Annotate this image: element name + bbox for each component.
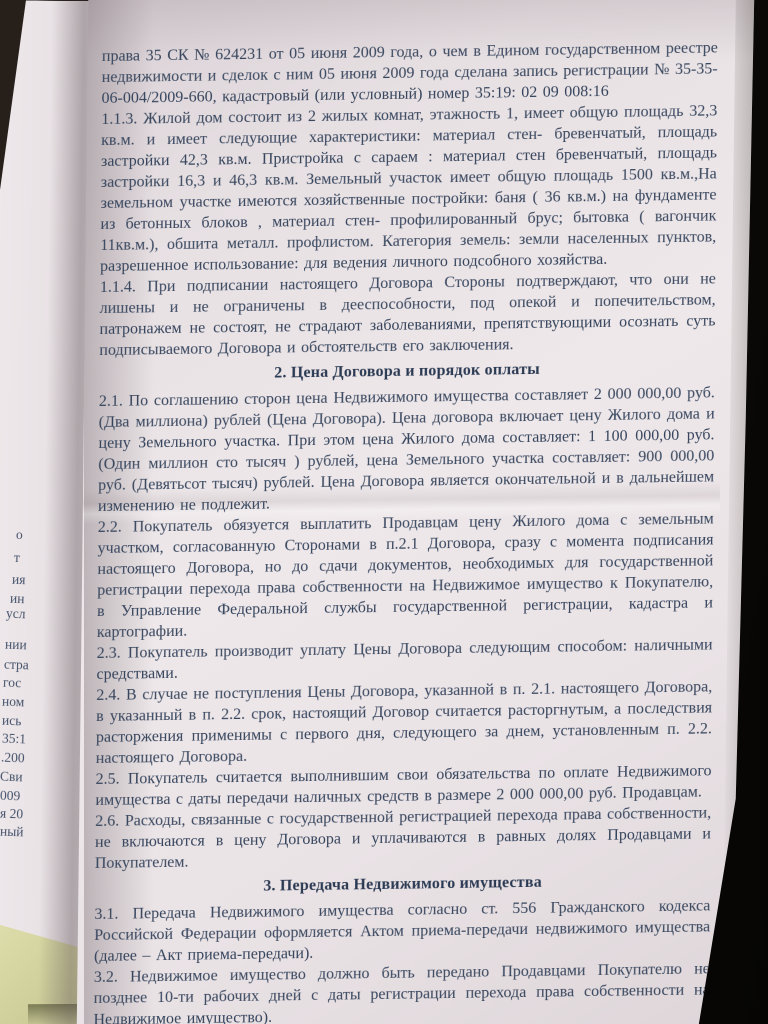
underpage-text-fragment: нии: [5, 638, 27, 653]
contract-paragraph: права 35 СК № 624231 от 05 июня 2009 год…: [101, 37, 717, 109]
underpage-text-fragment: т: [14, 551, 20, 565]
page-right-edge-shadow: [722, 0, 768, 1024]
underpage-text-fragment: стра: [4, 658, 29, 673]
photo-of-contract-page: отияинуслниистрагосномись35:1.200Сви009я…: [0, 0, 768, 1024]
contract-paragraph: 2.1. По соглашению сторон цена Недвижимо…: [98, 382, 715, 517]
contract-paragraph: 2.6. Расходы, связанные с государственно…: [95, 803, 711, 875]
underpage-text-fragment: гос: [3, 676, 22, 691]
contract-paragraph: 3.2. Недвижимое имущество должно быть пе…: [93, 959, 709, 1024]
underpage-text-fragment: 009: [0, 789, 20, 804]
underpage-text-fragment: о: [16, 528, 23, 542]
underpage-text-fragment: ия: [12, 573, 26, 587]
underpage-text-fragment: Сви: [0, 770, 23, 785]
underpage-text-fragment: .200: [1, 751, 25, 766]
underpage-text-fragment: ный: [0, 825, 24, 840]
section-heading: 2. Цена Договора и порядок оплаты: [99, 356, 715, 386]
contract-paragraph: 1.1.4. При подписании настоящего Договор…: [99, 268, 716, 361]
contract-paragraph: 1.1.3. Жилой дом состоит из 2 жилых комн…: [100, 100, 717, 277]
contract-text: права 35 СК № 624231 от 05 июня 2009 год…: [93, 37, 718, 1024]
underpage-text-fragment: ин: [10, 592, 25, 606]
underpage-text-fragment: ном: [2, 695, 25, 710]
contract-paragraph: 2.4. В случае не поступления Цены Догово…: [96, 677, 713, 770]
underpage-text-fragment: 35:1: [2, 732, 26, 747]
contract-page-sheet: права 35 СК № 624231 от 05 июня 2009 год…: [0, 0, 768, 1024]
underpage-text-fragment: я 20: [0, 807, 23, 822]
section-heading: 3. Передача Недвижимого имущества: [95, 870, 711, 900]
underpage-text-fragment: ись: [2, 714, 22, 729]
underpage-text-fragment: усл: [6, 607, 26, 622]
contract-paragraph: 3.1. Передача Недвижимого имущества согл…: [94, 896, 710, 968]
contract-paragraph: 2.2. Покупатель обязуется выплатить Прод…: [97, 509, 714, 644]
